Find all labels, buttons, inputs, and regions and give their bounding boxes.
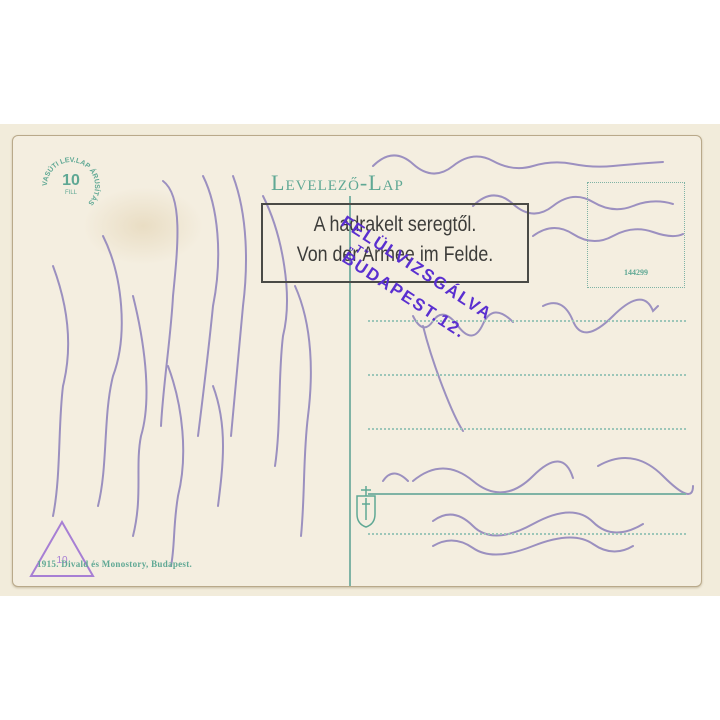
address-line-1 <box>368 320 686 322</box>
printer-imprint: 1915. Divald és Monostory, Budapest. <box>37 559 192 569</box>
stamp-box-number: 144299 <box>588 268 684 277</box>
coat-of-arms-icon <box>353 484 379 528</box>
address-line-2 <box>368 374 686 376</box>
cancel-line-hungarian: A hadrakelt seregtől. <box>283 213 507 237</box>
stamp-unit: FILL <box>41 190 101 196</box>
triangle-stamp: 10 <box>27 518 97 580</box>
address-line-5 <box>368 533 686 535</box>
postcard-title: Levelező-Lap <box>271 170 404 196</box>
address-line-3 <box>368 428 686 430</box>
stamp-placeholder-box: 144299 <box>587 182 685 288</box>
address-line-4 <box>368 493 686 495</box>
postcard: VASÚTI LEV.LAP ÁRUSÍTÁS 10 FILL Levelező… <box>12 135 702 587</box>
stamp-denomination: 10 <box>41 172 101 190</box>
railway-sales-stamp: VASÚTI LEV.LAP ÁRUSÍTÁS 10 FILL <box>41 156 101 216</box>
